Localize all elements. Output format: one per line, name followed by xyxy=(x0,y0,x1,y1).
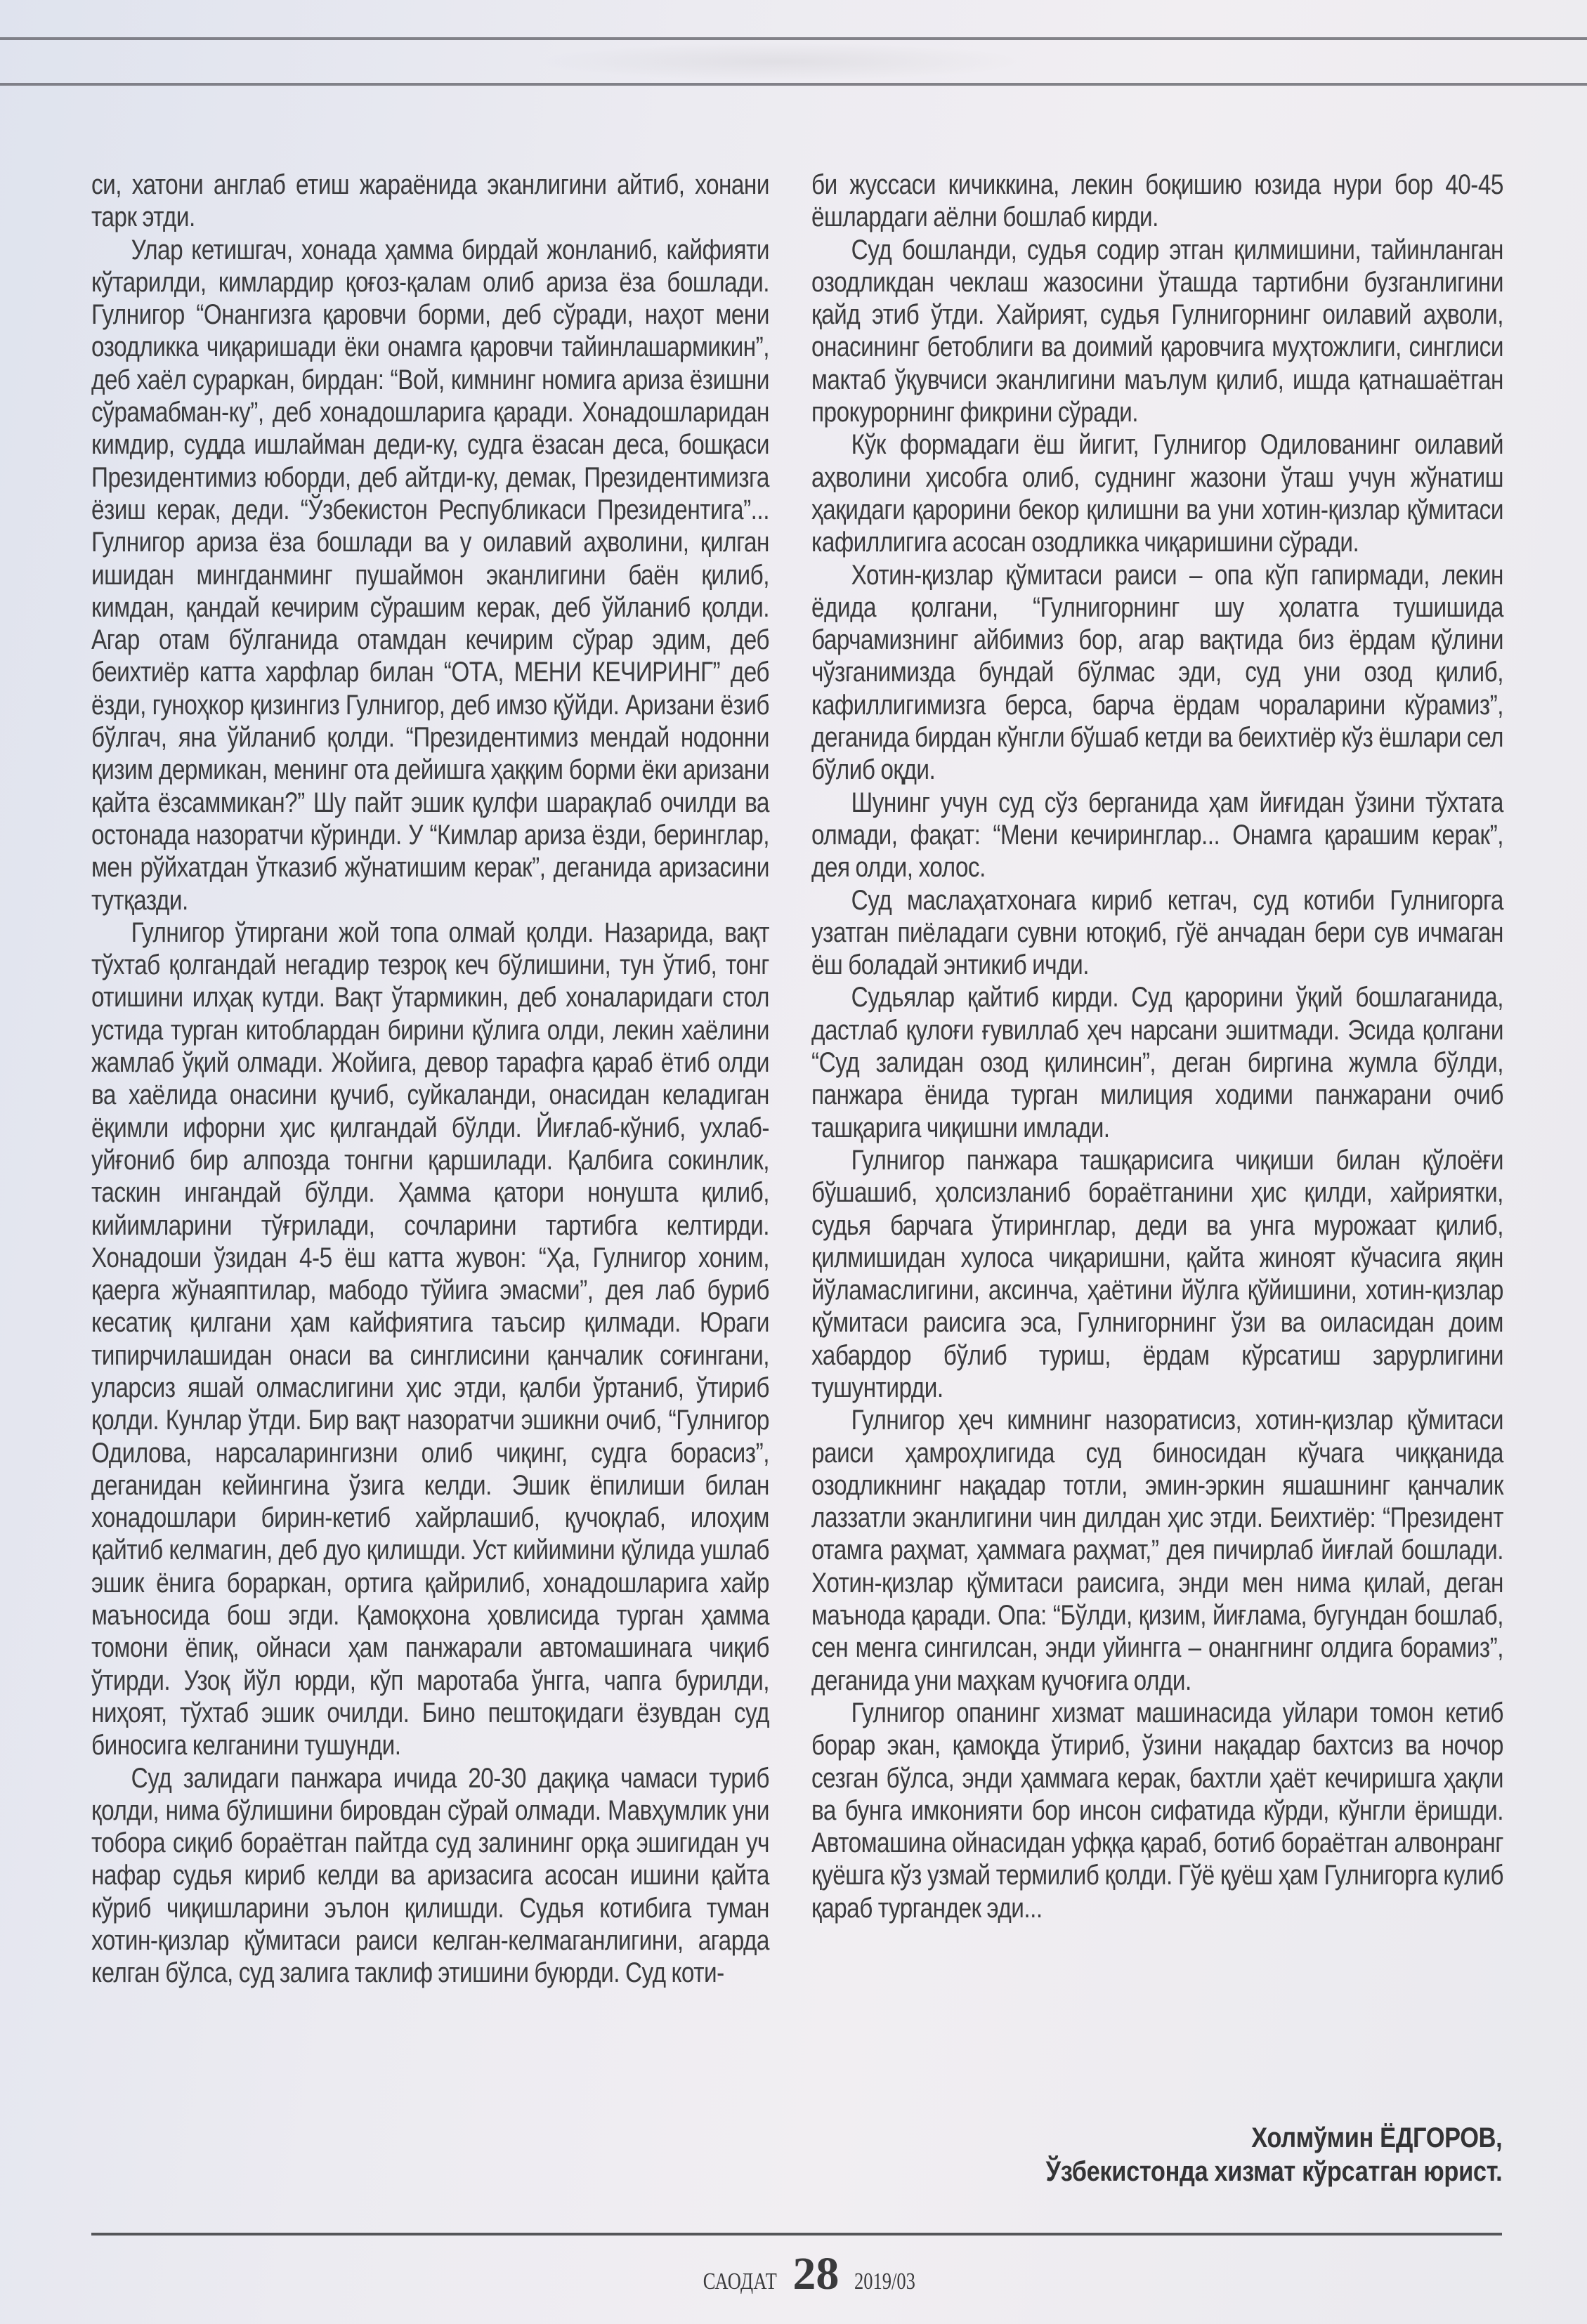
paragraph: Суд бошланди, судья содир этган қилмишин… xyxy=(811,234,1503,429)
paragraph: Кўк формадаги ёш йигит, Гулнигор Одилова… xyxy=(811,428,1503,558)
header-bleed-through xyxy=(534,42,1026,81)
page-number: 28 xyxy=(792,2251,839,2297)
right-column: би жуссаси кичиккина, лекин боқишию юзид… xyxy=(811,169,1503,1924)
magazine-name: САОДАТ xyxy=(703,2269,777,2295)
issue-number: 2019/03 xyxy=(854,2269,915,2295)
author-title: Ўзбекистонда хизмат кўрсатган юрист. xyxy=(1045,2155,1502,2188)
paragraph: Шунинг учун суд сўз берганида ҳам йиғида… xyxy=(811,787,1503,884)
footer-rule xyxy=(91,2233,1502,2236)
header-rule-top xyxy=(0,37,1587,40)
paragraph: Гулнигор ҳеч кимнинг назоратисиз, хотин-… xyxy=(811,1404,1503,1697)
paragraph: Гулнигор панжара ташқарисига чиқиши била… xyxy=(811,1144,1503,1404)
author-name: Холмўмин ЁДГОРОВ, xyxy=(1045,2121,1502,2155)
left-column: си, хатони англаб етиш жараёнида эканлиг… xyxy=(91,169,769,1990)
paragraph: би жуссаси кичиккина, лекин боқишию юзид… xyxy=(811,169,1503,234)
paragraph: си, хатони англаб етиш жараёнида эканлиг… xyxy=(91,169,769,234)
paragraph: Хотин-қизлар қўмитаси раиси – опа кўп га… xyxy=(811,559,1503,787)
paragraph: Суд залидаги панжара ичида 20-30 дақиқа … xyxy=(91,1762,769,1990)
magazine-page: си, хатони англаб етиш жараёнида эканлиг… xyxy=(0,0,1587,2324)
paragraph: Улар кетишгач, хонада ҳамма бирдай жонла… xyxy=(91,234,769,917)
paragraph: Гулнигор опанинг хизмат машинасида уйлар… xyxy=(811,1697,1503,1924)
paragraph: Гулнигор ўтиргани жой топа олмай қолди. … xyxy=(91,917,769,1762)
paragraph: Суд маслаҳатхонага кириб кетгач, суд кот… xyxy=(811,884,1503,982)
author-signature: Холмўмин ЁДГОРОВ, Ўзбекистонда хизмат кў… xyxy=(972,2121,1502,2188)
paragraph: Судьялар қайтиб кирди. Суд қарорини ўқий… xyxy=(811,981,1503,1143)
page-footer: САОДАТ 28 2019/03 xyxy=(0,2251,1587,2297)
header-rule-bottom xyxy=(0,83,1587,86)
